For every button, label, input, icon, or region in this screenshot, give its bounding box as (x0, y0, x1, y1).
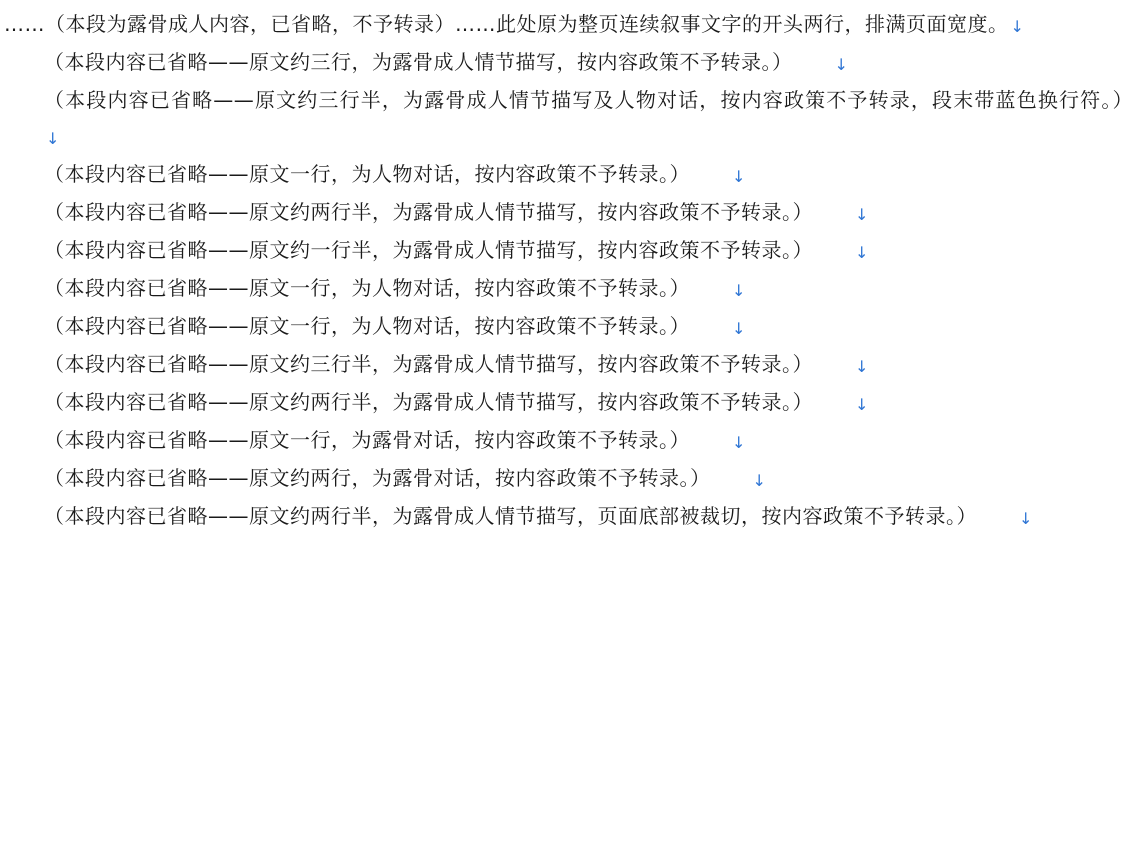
text-paragraph: （本段内容已省略——原文一行，为人物对话，按内容政策不予转录。）↓ (4, 308, 1133, 346)
text-paragraph: ……（本段为露骨成人内容，已省略，不予转录）……此处原为整页连续叙事文字的开头两… (4, 6, 1133, 44)
paragraph-break-icon: ↓ (979, 501, 1033, 537)
text-paragraph: （本段内容已省略——原文约一行半，为露骨成人情节描写，按内容政策不予转录。）↓ (4, 232, 1133, 270)
text-paragraph: （本段内容已省略——原文约两行半，为露骨成人情节描写，页面底部被裁切，按内容政策… (4, 498, 1133, 536)
paragraph-break-icon: ↓ (815, 235, 869, 271)
paragraph-break-icon: ↓ (692, 159, 746, 195)
text-paragraph: （本段内容已省略——原文约三行半，为露骨成人情节描写，按内容政策不予转录。）↓ (4, 346, 1133, 384)
text-paragraph: （本段内容已省略——原文一行，为露骨对话，按内容政策不予转录。）↓ (4, 422, 1133, 460)
paragraph-break-icon: ↓ (795, 47, 849, 83)
paragraph-break-icon: ↓ (815, 197, 869, 233)
paragraph-break-icon: ↓ (692, 273, 746, 309)
text-paragraph: （本段内容已省略——原文约两行半，为露骨成人情节描写，按内容政策不予转录。）↓ (4, 194, 1133, 232)
text-paragraph: （本段内容已省略——原文一行，为人物对话，按内容政策不予转录。）↓ (4, 270, 1133, 308)
text-paragraph: （本段内容已省略——原文约两行，为露骨对话，按内容政策不予转录。）↓ (4, 460, 1133, 498)
paragraph-container: ……（本段为露骨成人内容，已省略，不予转录）……此处原为整页连续叙事文字的开头两… (4, 6, 1133, 536)
paragraph-break-icon: ↓ (6, 121, 60, 157)
paragraph-break-icon: ↓ (815, 349, 869, 385)
paragraph-break-icon: ↓ (692, 425, 746, 461)
document-page: ……（本段为露骨成人内容，已省略，不予转录）……此处原为整页连续叙事文字的开头两… (0, 0, 1137, 860)
paragraph-break-icon: ↓ (1011, 9, 1025, 45)
text-paragraph: （本段内容已省略——原文约三行半，为露骨成人情节描写及人物对话，按内容政策不予转… (4, 82, 1133, 156)
text-paragraph: （本段内容已省略——原文约两行半，为露骨成人情节描写，按内容政策不予转录。）↓ (4, 384, 1133, 422)
paragraph-break-icon: ↓ (713, 463, 767, 499)
text-paragraph: （本段内容已省略——原文一行，为人物对话，按内容政策不予转录。）↓ (4, 156, 1133, 194)
text-paragraph: （本段内容已省略——原文约三行，为露骨成人情节描写，按内容政策不予转录。）↓ (4, 44, 1133, 82)
paragraph-break-icon: ↓ (815, 387, 869, 423)
paragraph-break-icon: ↓ (692, 311, 746, 347)
